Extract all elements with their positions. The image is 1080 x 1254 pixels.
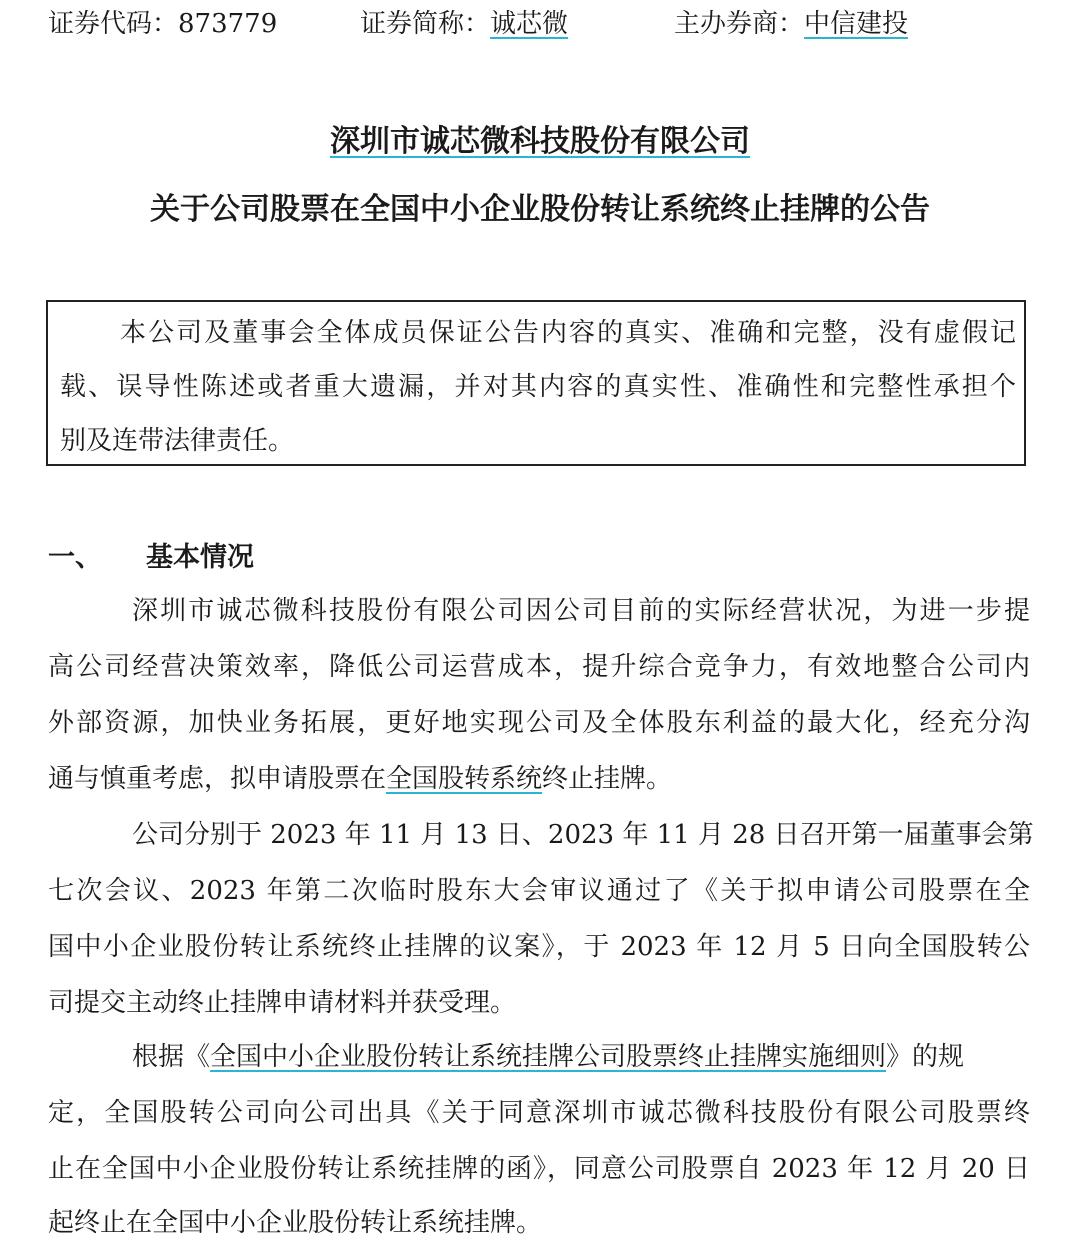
announcement-title: 关于公司股票在全国中小企业股份转让系统终止挂牌的公告 [0,184,1080,228]
paragraph-text: 通与慎重考虑，拟申请股票在 [48,764,386,794]
sponsor-broker: 主办券商：中信建投 [674,4,908,44]
paragraph-line: 通与慎重考虑，拟申请股票在全国股转系统终止挂牌。 [48,758,1030,795]
security-code-label: 证券代码： [48,9,178,39]
paragraph-line: 止在全国中小企业股份转让系统挂牌的函》，同意公司股票自 2023 年 12 月 … [48,1148,1030,1185]
security-short-name-label: 证券简称： [360,9,490,39]
paragraph-text: 终止挂牌。 [542,764,672,794]
security-code-value: 873779 [178,9,277,39]
paragraph-line: 七次会议、2023 年第二次临时股东大会审议通过了《关于拟申请公司股票在全 [48,870,1030,907]
paragraph-line: 起终止在全国中小企业股份转让系统挂牌。 [48,1202,1030,1239]
paragraph-line: 国中小企业股份转让系统终止挂牌的议案》，于 2023 年 12 月 5 日向全国… [48,926,1030,963]
rules-link[interactable]: 全国中小企业股份转让系统挂牌公司股票终止挂牌实施细则 [210,1042,886,1072]
paragraph-line: 外部资源，加快业务拓展，更好地实现公司及全体股东利益的最大化，经充分沟 [48,702,1030,739]
security-short-name-link[interactable]: 诚芯微 [490,9,568,39]
security-code: 证券代码：873779 [48,4,277,44]
disclaimer-line: 本公司及董事会全体成员保证公告内容的真实、准确和完整，没有虚假记 [120,312,1016,349]
paragraph-line: 公司分别于 2023 年 11 月 13 日、2023 年 11 月 28 日召… [132,814,1030,851]
company-title: 深圳市诚芯微科技股份有限公司 [0,116,1080,160]
sponsor-broker-label: 主办券商： [674,9,804,39]
neeq-link[interactable]: 全国股转系统 [386,764,542,794]
sponsor-broker-link[interactable]: 中信建投 [804,9,908,39]
paragraph-text: 根据《 [132,1042,210,1072]
section-number: 一、 [48,535,102,574]
section-title: 基本情况 [146,535,254,574]
paragraph-line: 司提交主动终止挂牌申请材料并获受理。 [48,982,1030,1019]
disclaimer-box: 本公司及董事会全体成员保证公告内容的真实、准确和完整，没有虚假记 载、误导性陈述… [46,300,1026,466]
paragraph-line: 深圳市诚芯微科技股份有限公司因公司目前的实际经营状况，为进一步提 [132,590,1030,627]
paragraph-line: 根据《全国中小企业股份转让系统挂牌公司股票终止挂牌实施细则》的规 [132,1036,1030,1073]
paragraph-text: 》的规 [886,1042,964,1072]
disclaimer-line: 别及连带法律责任。 [60,420,294,457]
paragraph-line: 定，全国股转公司向公司出具《关于同意深圳市诚芯微科技股份有限公司股票终 [48,1092,1030,1129]
paragraph-line: 高公司经营决策效率，降低公司运营成本，提升综合竞争力，有效地整合公司内 [48,646,1030,683]
security-short-name: 证券简称：诚芯微 [360,4,568,44]
company-title-link[interactable]: 深圳市诚芯微科技股份有限公司 [330,124,750,159]
disclaimer-line: 载、误导性陈述或者重大遗漏，并对其内容的真实性、准确性和完整性承担个 [60,366,1016,403]
